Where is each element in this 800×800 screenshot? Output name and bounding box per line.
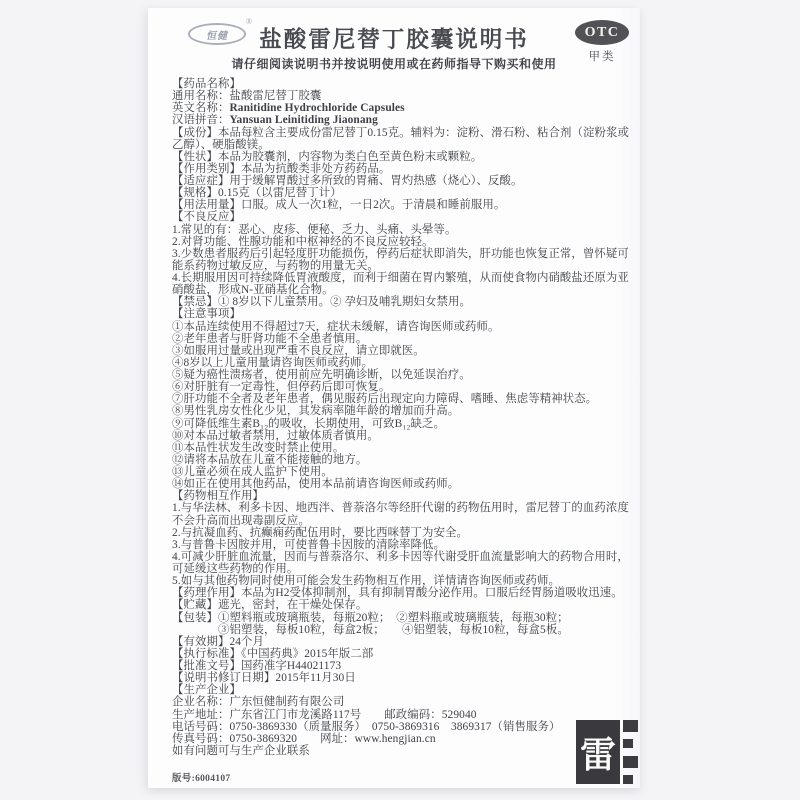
leaflet-line: ③如服用过量或出现严重不良反应，请立即就医。	[172, 345, 628, 357]
section-header-line: 【药品名称】	[172, 78, 628, 90]
leaflet-line: 【批准文号】国药准字H44021173	[172, 660, 628, 672]
section-header-line: 【注意事项】	[172, 308, 628, 320]
leaflet-line: 乙醇）、硬脂酸镁。	[172, 139, 628, 151]
leaflet-line: 【规格】0.15克（以雷尼替丁计）	[172, 187, 628, 199]
otc-badge-icon: OTC	[575, 20, 629, 45]
section-header-line: 【药物相互作用】	[172, 490, 628, 502]
leaflet-line: ⑫请将本品放在儿童不能接触的地方。	[172, 454, 628, 466]
leaflet-line: 【贮藏】遮光，密封，在干燥处保存。	[172, 599, 628, 611]
leaflet-line: ②老年患者与肝肾功能不全患者慎用。	[172, 333, 628, 345]
leaflet-line: 【性状】本品为胶囊剂，内容物为类白色至黄色粉末或颗粒。	[172, 151, 628, 163]
leaflet-page: 恒健 ® 盐酸雷尼替丁胶囊说明书 请仔细阅读说明书并按说明使用或在药师指导下购买…	[148, 8, 640, 788]
leaflet-line: ⑤疑为癌性溃疡者，使用前应先明确诊断，以免延误治疗。	[172, 369, 628, 381]
leaflet-line: 不会升高而出现毒副反应。	[172, 515, 628, 527]
leaflet-line: 【成份】本品每粒含主要成份雷尼替丁0.15克。辅料为：淀粉、滑石粉、粘合剂（淀粉…	[172, 127, 628, 139]
leaflet-line: 能系药物过敏反应，与药物的用量无关。	[172, 260, 628, 272]
leaflet-line: ⑪本品性状发生改变时禁止使用。	[172, 442, 628, 454]
leaflet-line: 通用名称：盐酸雷尼替丁胶囊	[172, 90, 628, 102]
leaflet-line: 【适应症】用于缓解胃酸过多所致的胃痛、胃灼热感（烧心）、反酸。	[172, 175, 628, 187]
leaflet-line: 2.与抗凝血药、抗癫痫药配伍用时，要比西咪替丁为安全。	[172, 527, 628, 539]
leaflet-line: 【有效期】24个月	[172, 636, 628, 648]
leaflet-line: 【说明书修订日期】2015年11月30日	[172, 672, 628, 684]
leaflet-line: 4.长期服用因可持续降低胃液酸度，而利于细菌在胃内繁殖，从而使食物内硝酸盐还原为…	[172, 272, 628, 284]
lei-brand-mark-icon: 雷	[576, 720, 638, 784]
leaflet-line: ⑭如正在使用其他药品，使用本品前请咨询医师或药师。	[172, 478, 628, 490]
leaflet-line: 3.少数患者服药后引起轻度肝功能损伤，停药后症状即消失，肝功能也恢复正常，曾怀疑…	[172, 248, 628, 260]
leaflet-line: ⑬儿童必须在成人监护下使用。	[172, 466, 628, 478]
leaflet-line: ⑦肝功能不全者及老年患者，偶见服药后出现定向力障碍、嗜睡、焦虑等精神状态。	[172, 393, 628, 405]
leaflet-line: 4.可减少肝脏血流量，因而与普萘洛尔、利多卡因等代谢受肝血流量影响大的药物合用时…	[172, 551, 628, 563]
leaflet-line: 5.如与其他药物同时使用可能会发生药物相互作用，详情请咨询医师或药师。	[172, 575, 628, 587]
leaflet-line: 【用法用量】口服。成人一次1粒，一日2次。于清晨和睡前服用。	[172, 199, 628, 211]
field-label: 英文名称：	[172, 102, 229, 114]
leaflet-line: ④8岁以上儿童用量请咨询医师或药师。	[172, 357, 628, 369]
leaflet-line: ⑩对本品过敏者禁用，过敏体质者慎用。	[172, 430, 628, 442]
registered-trademark-icon: ®	[246, 17, 252, 26]
section-header-line: 【不良反应】	[172, 211, 628, 223]
leaflet-body: 【药品名称】 通用名称：盐酸雷尼替丁胶囊 英文名称：Ranitidine Hyd…	[172, 78, 628, 757]
leaflet-line: 硝酸盐，形成N-亚硝基化合物。	[172, 284, 628, 296]
brand-logo-text: 恒健	[188, 23, 246, 45]
leaflet-line: 英文名称：Ranitidine Hydrochloride Capsules	[172, 102, 628, 114]
otc-badge: OTC 甲类	[572, 20, 632, 64]
leaflet-line: ①本品连续使用不得超过7天，症状未缓解，请咨询医师或药师。	[172, 321, 628, 333]
leaflet-line: 企业名称：广东恒健制药有限公司	[172, 696, 628, 708]
field-value: Yansuan Leinitiding Jiaonang	[229, 114, 377, 126]
leaflet-line: 【禁忌】① 8岁以下儿童禁用。② 孕妇及哺乳期妇女禁用。	[172, 296, 628, 308]
leaflet-line: ⑨可降低维生素B₁₂的吸收，长期使用，可致B₁₂缺乏。	[172, 418, 628, 430]
leaflet-line: 汉语拼音：Yansuan Leinitiding Jiaonang	[172, 114, 628, 126]
leaflet-line: 【包装】①塑料瓶或玻璃瓶装，每瓶20粒； ②塑料瓶或玻璃瓶装，每瓶30粒；	[172, 612, 628, 624]
leaflet-line: 如有问题可与生产企业联系	[172, 745, 628, 757]
lei-mark-glyph: 雷	[576, 720, 620, 784]
leaflet-line: 可延缓这些药物的作用。	[172, 563, 628, 575]
leaflet-line: ③铝塑装，每板10粒，每盒2板； ④铝塑装，每板10粒，每盒5板。	[172, 624, 628, 636]
leaflet-subtitle: 请仔细阅读说明书并按说明使用或在药师指导下购买和使用	[148, 57, 640, 71]
field-label: 汉语拼音：	[172, 114, 229, 126]
leaflet-line: 1.常见的有：恶心、皮疹、便秘、乏力、头痛、头晕等。	[172, 224, 628, 236]
lei-mark-bars	[623, 720, 638, 784]
leaflet-line: 生产地址：广东省江门市龙溪路117号 邮政编码：529040	[172, 709, 628, 721]
leaflet-line: 2.对肾功能、性腺功能和中枢神经的不良反应较轻。	[172, 236, 628, 248]
hengjian-brand-logo-icon: 恒健 ®	[188, 18, 254, 46]
leaflet-line: 【执行标准】《中国药典》2015年版二部	[172, 648, 628, 660]
leaflet-line: 1.与华法林、利多卡因、地西泮、普萘洛尔等经肝代谢的药物伍用时，雷尼替丁的血药浓…	[172, 502, 628, 514]
edition-number: 版号:6004107	[172, 770, 230, 784]
leaflet-line: ⑧男性乳房女性化少见，其发病率随年龄的增加而升高。	[172, 405, 628, 417]
leaflet-line: 【药理作用】本品为H2受体抑制剂，具有抑制胃酸分泌作用。口服后经胃肠道吸收迅速。	[172, 587, 628, 599]
leaflet-line: 【作用类别】本品为抗酸类非处方药药品。	[172, 163, 628, 175]
leaflet-line: 传真号码：0750-3869320 网址：www.hengjian.cn	[172, 733, 628, 745]
section-header-line: 【生产企业】	[172, 684, 628, 696]
otc-category-label: 甲类	[572, 48, 632, 64]
leaflet-line: 电话号码：0750-3869330（质量服务） 0750-3869316 386…	[172, 721, 628, 733]
field-value: Ranitidine Hydrochloride Capsules	[229, 102, 404, 114]
leaflet-line: 3.与普鲁卡因胺并用，可使普鲁卡因胺的清除率降低。	[172, 539, 628, 551]
leaflet-line: ⑥对肝脏有一定毒性，但停药后即可恢复。	[172, 381, 628, 393]
